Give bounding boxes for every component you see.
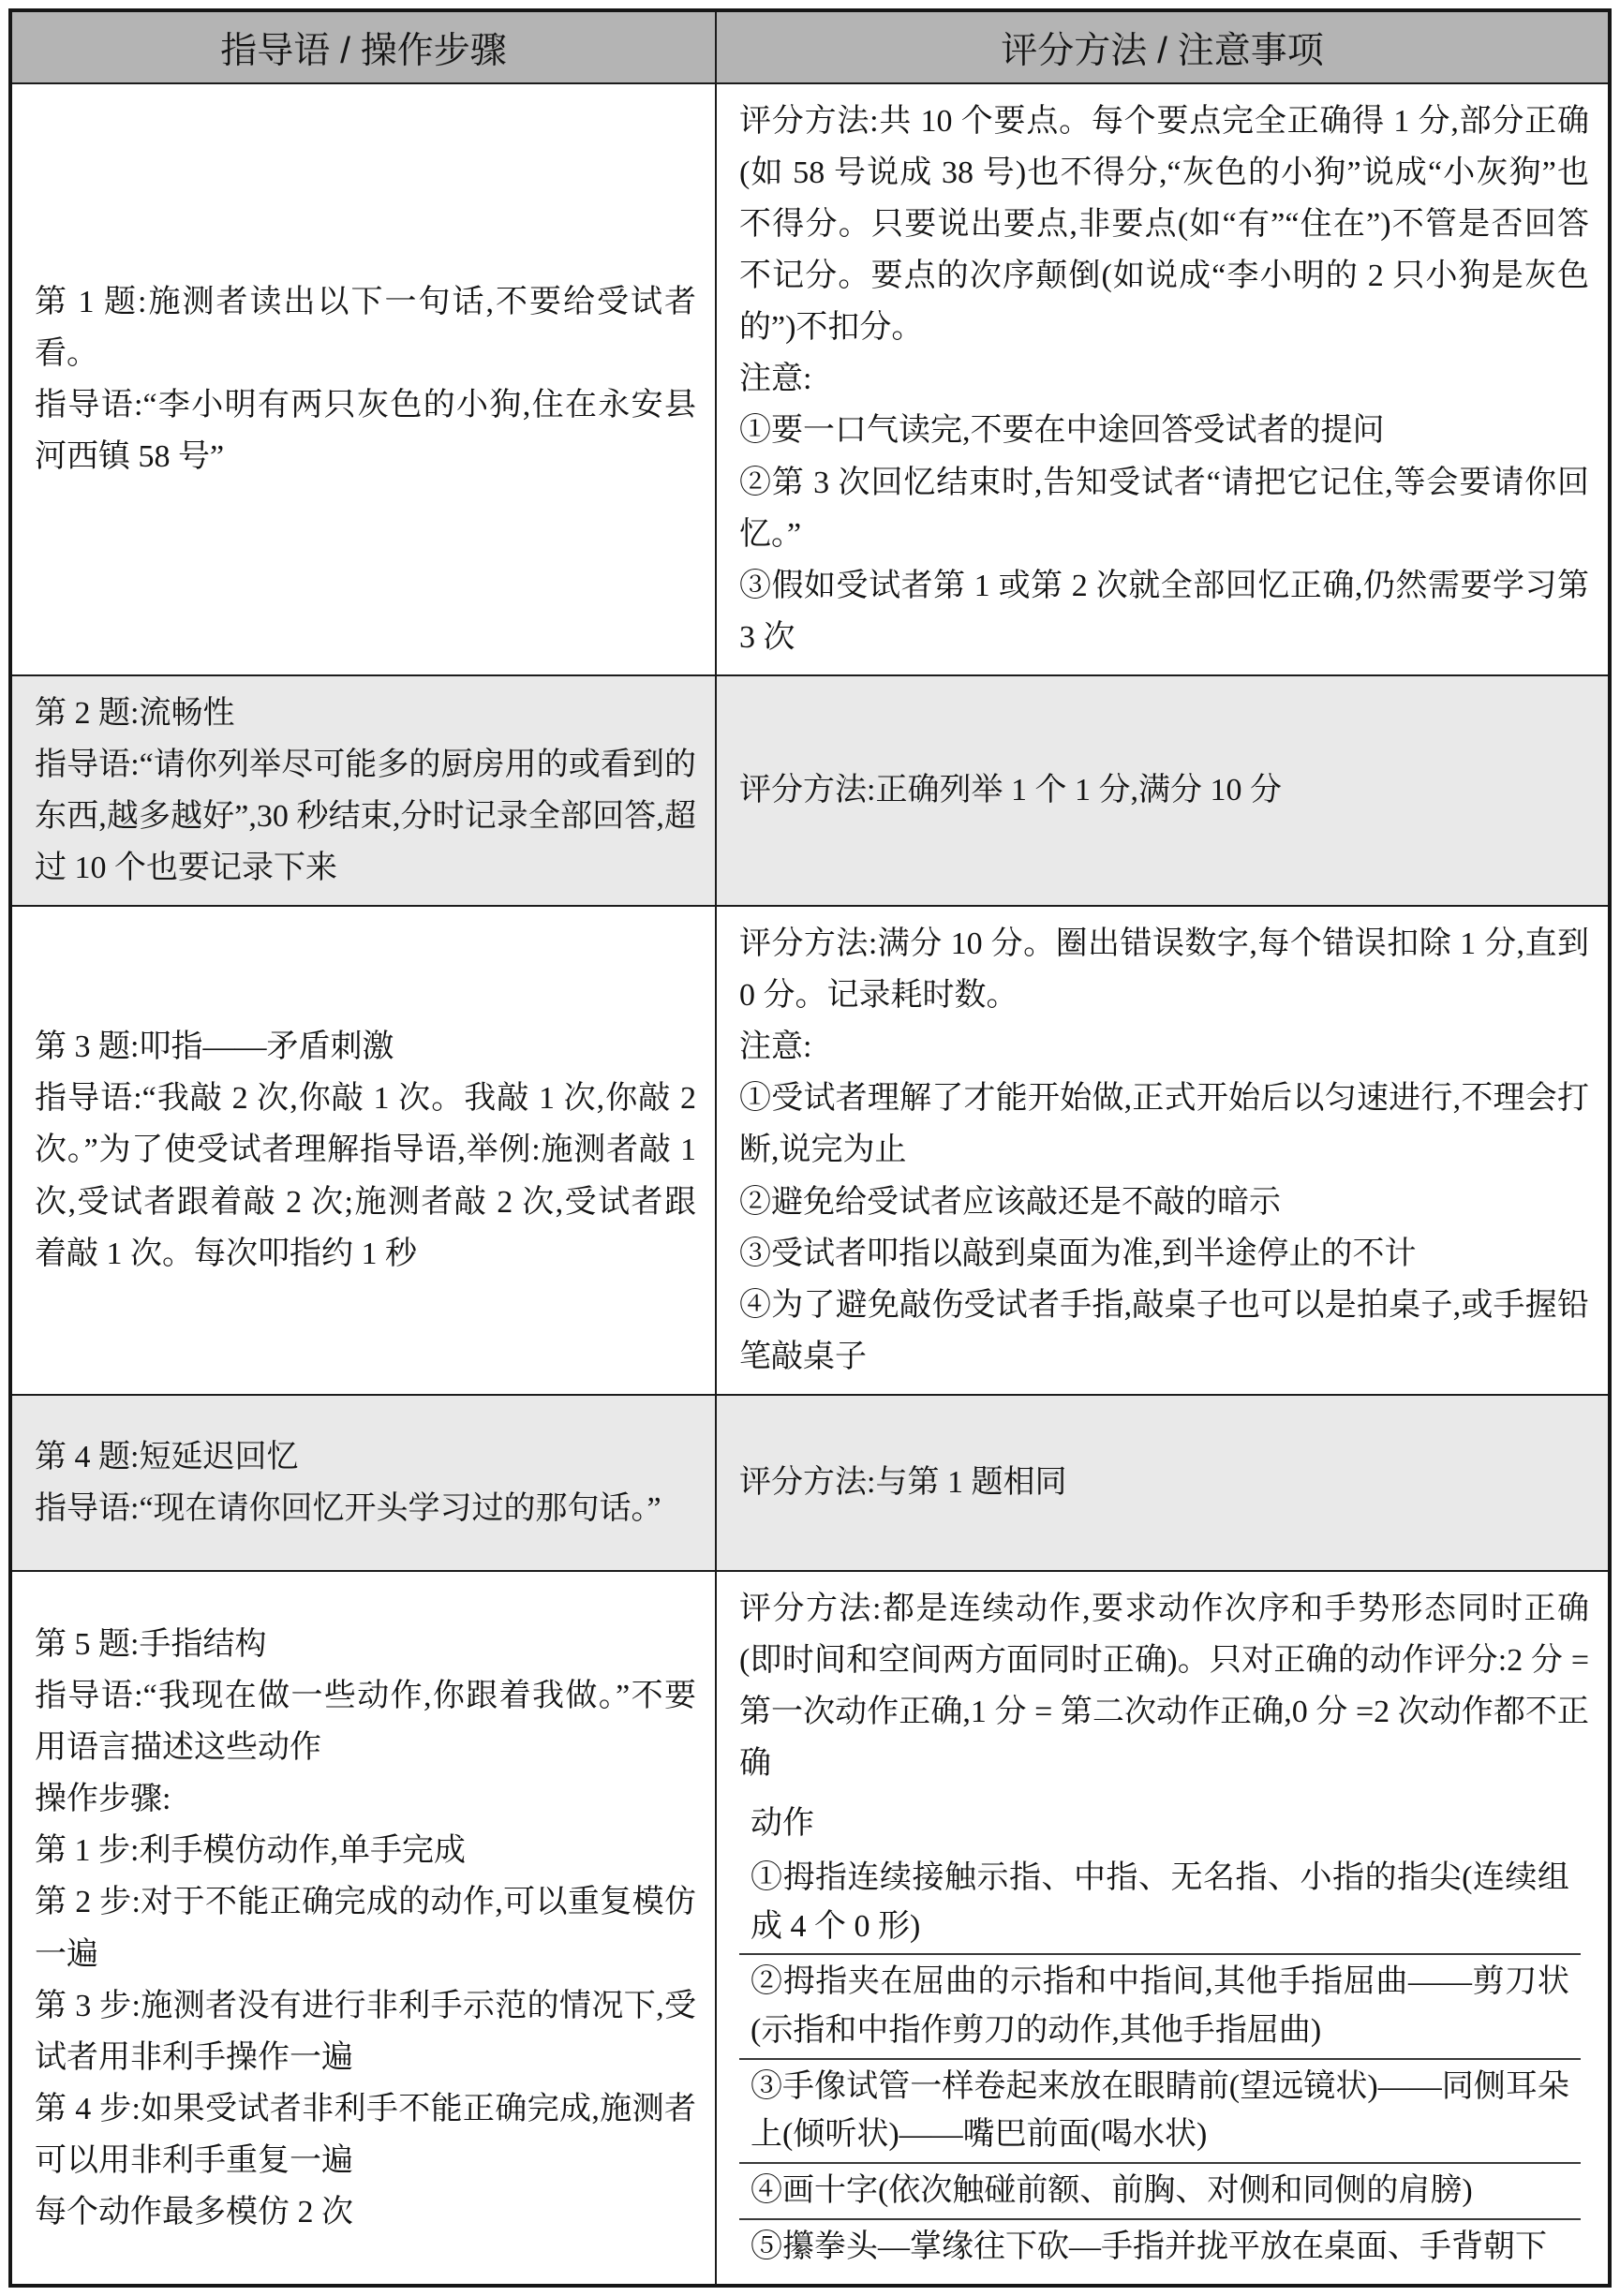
- paragraph: 第 1 步:利手模仿动作,单手完成: [35, 1825, 696, 1876]
- action-header-row: 动作: [739, 1797, 1581, 1851]
- document-page: 指导语 / 操作步骤 评分方法 / 注意事项 第 1 题:施测者读出以下一句话,…: [0, 0, 1620, 2296]
- paragraph: ③受试者叩指以敲到桌面为准,到半途停止的不计: [739, 1228, 1589, 1280]
- paragraph: 注意:: [739, 1021, 1589, 1073]
- paragraph: 指导语:“李小明有两只灰色的小狗,住在永安县河西镇 58 号”: [35, 379, 696, 482]
- action-cell: ⑤攥拳头—掌缘往下砍—手指并拢平放在桌面、手背朝下: [739, 2219, 1581, 2274]
- action-row: ②拇指夹在屈曲的示指和中指间,其他手指屈曲——剪刀状(示指和中指作剪刀的动作,其…: [739, 1954, 1581, 2058]
- paragraph: ③假如受试者第 1 或第 2 次就全部回忆正确,仍然需要学习第 3 次: [739, 560, 1589, 663]
- paragraph: 指导语:“请你列举尽可能多的厨房用的或看到的东西,越多越好”,30 秒结束,分时…: [35, 739, 696, 894]
- cell-q4-instructions: 第 4 题:短延迟回忆指导语:“现在请你回忆开头学习过的那句话。”: [12, 1395, 716, 1571]
- table-row: 第 2 题:流畅性指导语:“请你列举尽可能多的厨房用的或看到的东西,越多越好”,…: [12, 675, 1608, 906]
- action-text: ②拇指夹在屈曲的示指和中指间,其他手指屈曲——剪刀状(示指和中指作剪刀的动作,其…: [751, 1958, 1569, 2054]
- table-row: 第 3 题:叩指——矛盾刺激指导语:“我敲 2 次,你敲 1 次。我敲 1 次,…: [12, 906, 1608, 1395]
- paragraph: ④为了避免敲伤受试者手指,敲桌子也可以是拍桌子,或手握铅笔敲桌子: [739, 1280, 1589, 1383]
- paragraph: 评分方法:与第 1 题相同: [739, 1457, 1589, 1508]
- action-cell: ②拇指夹在屈曲的示指和中指间,其他手指屈曲——剪刀状(示指和中指作剪刀的动作,其…: [739, 1954, 1581, 2058]
- paragraph: ①受试者理解了才能开始做,正式开始后以匀速进行,不理会打断,说完为止: [739, 1073, 1589, 1176]
- cell-q1-scoring: 评分方法:共 10 个要点。每个要点完全正确得 1 分,部分正确(如 58 号说…: [716, 83, 1608, 675]
- paragraph: 评分方法:正确列举 1 个 1 分,满分 10 分: [739, 764, 1589, 816]
- cell-q5-instructions: 第 5 题:手指结构指导语:“我现在做一些动作,你跟着我做。”不要用语言描述这些…: [12, 1571, 716, 2285]
- paragraph: 指导语:“现在请你回忆开头学习过的那句话。”: [35, 1483, 696, 1534]
- action-row: ③手像试管一样卷起来放在眼睛前(望远镜状)——同侧耳朵上(倾听状)——嘴巴前面(…: [739, 2059, 1581, 2163]
- paragraph: 第 3 步:施测者没有进行非利手示范的情况下,受试者用非利手操作一遍: [35, 1980, 696, 2083]
- action-cell: ①拇指连续接触示指、中指、无名指、小指的指尖(连续组成 4 个 0 形): [739, 1851, 1581, 1954]
- header-scoring: 评分方法 / 注意事项: [716, 12, 1608, 83]
- table-row: 第 1 题:施测者读出以下一句话,不要给受试者看。指导语:“李小明有两只灰色的小…: [12, 83, 1608, 675]
- paragraph: ②避免给受试者应该敲还是不敲的暗示: [739, 1177, 1589, 1228]
- paragraph: 第 1 题:施测者读出以下一句话,不要给受试者看。: [35, 276, 696, 379]
- paragraph: 第 2 题:流畅性: [35, 688, 696, 739]
- paragraph: 第 2 步:对于不能正确完成的动作,可以重复模仿一遍: [35, 1876, 696, 1979]
- cell-q3-instructions: 第 3 题:叩指——矛盾刺激指导语:“我敲 2 次,你敲 1 次。我敲 1 次,…: [12, 906, 716, 1395]
- table-row: 第 5 题:手指结构指导语:“我现在做一些动作,你跟着我做。”不要用语言描述这些…: [12, 1571, 1608, 2285]
- action-row: ④画十字(依次触碰前额、前胸、对侧和同侧的肩膀): [739, 2163, 1581, 2219]
- header-row: 指导语 / 操作步骤 评分方法 / 注意事项: [12, 12, 1608, 83]
- action-row: ①拇指连续接触示指、中指、无名指、小指的指尖(连续组成 4 个 0 形): [739, 1851, 1581, 1954]
- paragraph: 指导语:“我现在做一些动作,你跟着我做。”不要用语言描述这些动作: [35, 1670, 696, 1773]
- cell-q4-scoring: 评分方法:与第 1 题相同: [716, 1395, 1608, 1571]
- cell-q3-scoring: 评分方法:满分 10 分。圈出错误数字,每个错误扣除 1 分,直到 0 分。记录…: [716, 906, 1608, 1395]
- paragraph: 第 4 题:短延迟回忆: [35, 1431, 696, 1483]
- table-row: 第 4 题:短延迟回忆指导语:“现在请你回忆开头学习过的那句话。” 评分方法:与…: [12, 1395, 1608, 1571]
- cell-q1-instructions: 第 1 题:施测者读出以下一句话,不要给受试者看。指导语:“李小明有两只灰色的小…: [12, 83, 716, 675]
- assessment-table: 指导语 / 操作步骤 评分方法 / 注意事项 第 1 题:施测者读出以下一句话,…: [12, 12, 1608, 2285]
- paragraph: ①要一口气读完,不要在中途回答受试者的提问: [739, 405, 1589, 456]
- paragraph: 第 5 题:手指结构: [35, 1619, 696, 1670]
- action-header-label: 动作: [751, 1800, 1569, 1848]
- cell-q2-instructions: 第 2 题:流畅性指导语:“请你列举尽可能多的厨房用的或看到的东西,越多越好”,…: [12, 675, 716, 906]
- paragraph: 操作步骤:: [35, 1773, 696, 1825]
- paragraph: 第 3 题:叩指——矛盾刺激: [35, 1021, 696, 1073]
- paragraph: 指导语:“我敲 2 次,你敲 1 次。我敲 1 次,你敲 2 次。”为了使受试者…: [35, 1073, 696, 1279]
- action-cell: ④画十字(依次触碰前额、前胸、对侧和同侧的肩膀): [739, 2163, 1581, 2219]
- action-text: ①拇指连续接触示指、中指、无名指、小指的指尖(连续组成 4 个 0 形): [751, 1854, 1569, 1950]
- table-frame: 指导语 / 操作步骤 评分方法 / 注意事项 第 1 题:施测者读出以下一句话,…: [8, 8, 1612, 2288]
- paragraph: 评分方法:都是连续动作,要求动作次序和手势形态同时正确(即时间和空间两方面同时正…: [739, 1583, 1589, 1789]
- paragraph: 评分方法:共 10 个要点。每个要点完全正确得 1 分,部分正确(如 58 号说…: [739, 96, 1589, 353]
- cell-q5-scoring: 评分方法:都是连续动作,要求动作次序和手势形态同时正确(即时间和空间两方面同时正…: [716, 1571, 1608, 2285]
- cell-q2-scoring: 评分方法:正确列举 1 个 1 分,满分 10 分: [716, 675, 1608, 906]
- paragraph: 每个动作最多模仿 2 次: [35, 2186, 696, 2238]
- paragraph: 第 4 步:如果受试者非利手不能正确完成,施测者可以用非利手重复一遍: [35, 2083, 696, 2186]
- action-text: ⑤攥拳头—掌缘往下砍—手指并拢平放在桌面、手背朝下: [751, 2223, 1569, 2272]
- paragraph: 注意:: [739, 353, 1589, 405]
- action-header-cell: 动作: [739, 1797, 1581, 1851]
- action-text: ③手像试管一样卷起来放在眼睛前(望远镜状)——同侧耳朵上(倾听状)——嘴巴前面(…: [751, 2063, 1569, 2159]
- paragraph: 评分方法:满分 10 分。圈出错误数字,每个错误扣除 1 分,直到 0 分。记录…: [739, 918, 1589, 1021]
- paragraph: ②第 3 次回忆结束时,告知受试者“请把它记住,等会要请你回忆。”: [739, 457, 1589, 560]
- action-cell: ③手像试管一样卷起来放在眼睛前(望远镜状)——同侧耳朵上(倾听状)——嘴巴前面(…: [739, 2059, 1581, 2163]
- header-instructions: 指导语 / 操作步骤: [12, 12, 716, 83]
- action-text: ④画十字(依次触碰前额、前胸、对侧和同侧的肩膀): [751, 2167, 1569, 2215]
- action-row: ⑤攥拳头—掌缘往下砍—手指并拢平放在桌面、手背朝下: [739, 2219, 1581, 2274]
- action-list-table: 动作 ①拇指连续接触示指、中指、无名指、小指的指尖(连续组成 4 个 0 形) …: [739, 1797, 1581, 2274]
